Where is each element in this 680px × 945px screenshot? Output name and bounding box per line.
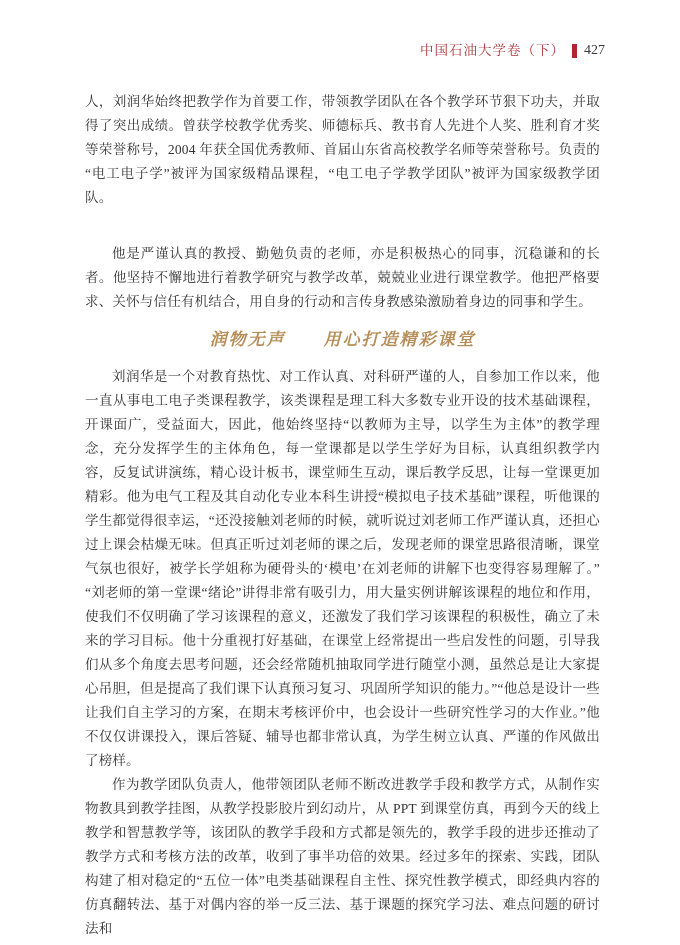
red-divider-bar: [572, 44, 577, 58]
section-heading: 润物无声 用心打造精彩课堂: [85, 328, 600, 352]
page-number: 427: [584, 43, 605, 59]
lead-paragraph-2: 他是严谨认真的教授、勤勉负责的老师，亦是积极热心的同事，沉稳谦和的长者。他坚持不…: [85, 242, 600, 314]
body-paragraph-2: 作为教学团队负责人，他带领团队老师不断改进教学手段和教学方式，从制作实物教具到教…: [85, 773, 600, 941]
body-paragraph-1: 刘润华是一个对教育热忱、对工作认真、对科研严谨的人，自参加工作以来，他一直从事电…: [85, 365, 600, 773]
book-page: 中国石油大学卷（下） 427 人，刘润华始终把教学作为首要工作，带领教学团队在各…: [0, 0, 680, 945]
running-header: 中国石油大学卷（下） 427: [420, 43, 605, 59]
text-column: 人，刘润华始终把教学作为首要工作，带领教学团队在各个教学环节狠下功夫，并取得了突…: [85, 90, 600, 941]
lead-paragraph-1: 人，刘润华始终把教学作为首要工作，带领教学团队在各个教学环节狠下功夫，并取得了突…: [85, 90, 600, 210]
volume-title: 中国石油大学卷（下）: [420, 43, 565, 59]
